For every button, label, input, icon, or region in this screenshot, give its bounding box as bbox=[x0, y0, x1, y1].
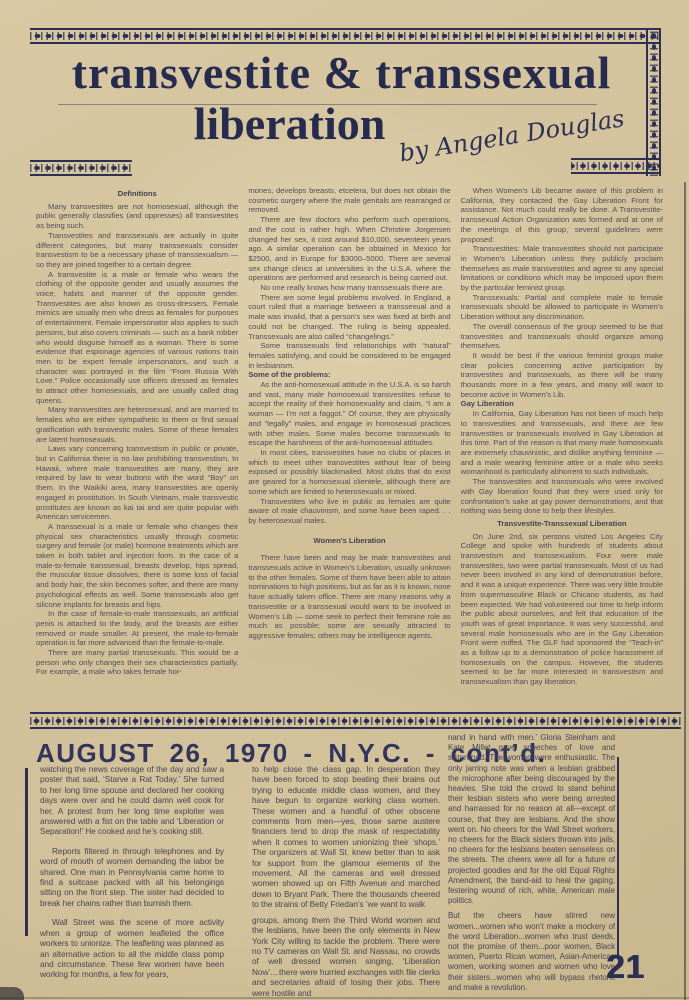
paragraph: No one really knows how many transsexual… bbox=[248, 283, 450, 293]
ornamental-divider bbox=[30, 712, 681, 729]
ornamental-border-top bbox=[30, 28, 661, 44]
page-edge-bottom bbox=[0, 997, 689, 999]
paragraph: Transvestites: Male transvestites should… bbox=[461, 244, 663, 293]
paragraph: Wall Street was the scene of more activi… bbox=[40, 917, 224, 979]
column-rule bbox=[617, 757, 619, 957]
paragraph: There are few doctors who perform such o… bbox=[248, 215, 450, 283]
section-heading: Some of the problems: bbox=[248, 370, 450, 380]
ornamental-border-bottom-left bbox=[30, 160, 132, 176]
page-number: 21 bbox=[606, 948, 645, 986]
paragraph: watching the news coverage of the day an… bbox=[40, 764, 224, 837]
section-heading: Transvestite-Transsexual Liberation bbox=[461, 519, 663, 529]
paragraph: As the anti-homosexual attitude in the U… bbox=[248, 380, 450, 448]
paragraph: to help close the class gap. In desperat… bbox=[252, 764, 440, 910]
paragraph: On June 2nd, six persons visited Los Ang… bbox=[461, 532, 663, 687]
paragraph: In most cities, transvestites have no cl… bbox=[248, 448, 450, 497]
paragraph: Reports filtered in through telephones a… bbox=[40, 846, 224, 908]
paragraph: Many transvestites are heterosexual, and… bbox=[36, 405, 238, 444]
article-column-2: mones, develops breasts, etcetera, but d… bbox=[248, 186, 450, 714]
paragraph: But the cheers have stirred new women...… bbox=[448, 911, 615, 993]
scan-mark-left bbox=[25, 768, 28, 936]
continuation-column-1: watching the news coverage of the day an… bbox=[40, 764, 224, 998]
paragraph: A transvestite is a male or female who w… bbox=[36, 270, 238, 406]
paragraph: There are some legal problems involved. … bbox=[248, 293, 450, 342]
paragraph: A transsexual is a male or female who ch… bbox=[36, 522, 238, 609]
page-edge-right bbox=[684, 182, 686, 1000]
article-column-3: When Women’s Lib became aware of this pr… bbox=[461, 186, 663, 714]
paragraph: Laws vary concerning transvestism in pub… bbox=[36, 444, 238, 522]
page-title-line1: transvestite & transsexual bbox=[34, 48, 649, 98]
paragraph: When Women’s Lib became aware of this pr… bbox=[461, 186, 663, 244]
paragraph: Transsexuals: Partial and complete male … bbox=[461, 293, 663, 322]
paragraph: There are many partial transsexuals. Thi… bbox=[36, 648, 238, 677]
section-heading: Definitions bbox=[36, 189, 238, 199]
article-column-1: DefinitionsMany transvestites are not ho… bbox=[36, 186, 238, 714]
paragraph: Transvestites and transsexuals are actua… bbox=[36, 231, 238, 270]
paragraph: Many transvestites are not homosexual, a… bbox=[36, 202, 238, 231]
corner-smudge bbox=[0, 987, 24, 1000]
paragraph: nand in hand with men.’ Gloria Steinham … bbox=[448, 733, 615, 906]
paragraph: It would be best if the various feminist… bbox=[461, 351, 663, 400]
paragraph: The overall consensus of the group seeme… bbox=[461, 322, 663, 351]
paragraph: Transvestites who live in public as fema… bbox=[248, 497, 450, 526]
paragraph: mones, develops breasts, etcetera, but d… bbox=[248, 186, 450, 215]
paragraph: In the case of female-to-male transsexua… bbox=[36, 609, 238, 648]
paragraph: The transvestites and transsexuals who w… bbox=[461, 477, 663, 516]
paragraph: There have been and may be male transves… bbox=[248, 553, 450, 640]
paragraph: Some transsexuals find relationships wit… bbox=[248, 341, 450, 370]
main-article: DefinitionsMany transvestites are not ho… bbox=[36, 186, 663, 714]
section-heading: Women’s Liberation bbox=[248, 536, 450, 546]
paragraph: In California, Gay Liberation has not be… bbox=[461, 409, 663, 477]
newspaper-page-scan: transvestite & transsexual liberation by… bbox=[0, 0, 689, 1000]
continuation-column-2: to help close the class gap. In desperat… bbox=[252, 764, 440, 998]
paragraph: groups, among them the Third World women… bbox=[252, 915, 440, 998]
section-heading: Gay Liberation bbox=[461, 399, 663, 409]
continuation-column-3: nand in hand with men.’ Gloria Steinham … bbox=[448, 733, 615, 999]
ornamental-border-bottom-right bbox=[571, 158, 661, 174]
